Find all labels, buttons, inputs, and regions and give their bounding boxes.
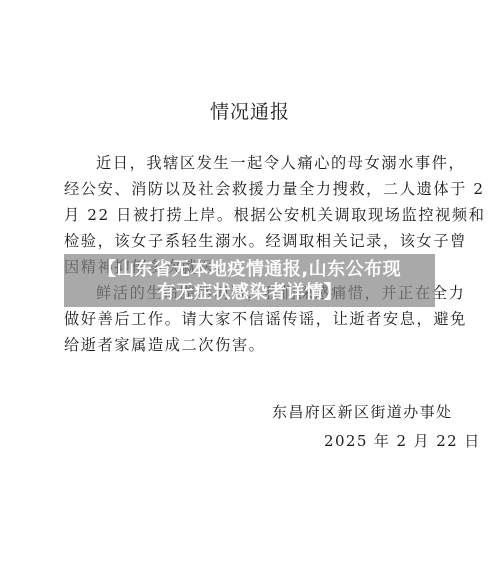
body-line-4: 检验，该女子系轻生溺水。经调取相关记录，该女子曾	[64, 228, 474, 254]
document-title: 情况通报	[0, 97, 500, 124]
caption-line-2: 有无症状感染者详情】	[157, 281, 342, 304]
body-line-1: 近日，我辖区发生一起令人痛心的母女溺水事件，	[96, 150, 500, 176]
body-line-2: 经公安、消防以及社会救援力量全力搜救，二人遗体于 2	[64, 176, 474, 202]
signature-date: 2025 年 2 月 22 日	[324, 430, 481, 451]
body-line-8: 给逝者家属造成二次伤害。	[64, 332, 474, 358]
caption-line-1: 【山东省无本地疫情通报,山东公布现	[98, 258, 401, 281]
body-line-3: 月 22 日被打捞上岸。根据公安机关调取现场监控视频和	[64, 202, 474, 228]
headline-caption-overlay: 【山东省无本地疫情通报,山东公布现 有无症状感染者详情】	[64, 254, 435, 307]
body-line-7: 做好善后工作。请大家不信谣传谣，让逝者安息，避免	[64, 306, 474, 332]
signature-organization: 东昌府区新区街道办事处	[272, 401, 452, 422]
